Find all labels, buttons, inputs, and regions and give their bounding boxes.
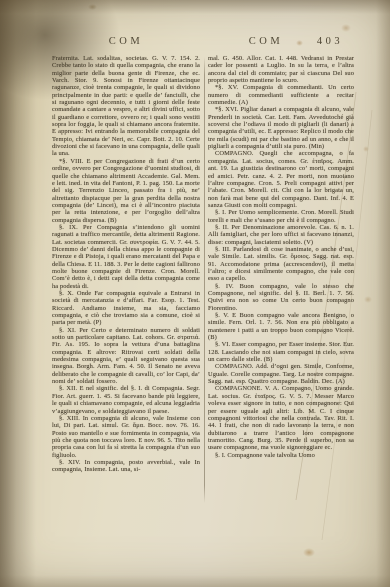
paragraph: COMPAGNO. Add. d’ogni gen. Simile, Confo… — [208, 363, 354, 385]
paragraph: §. XII. E nel signific. del §. I. di Com… — [52, 385, 200, 414]
paragraph: §. XI. Per Certo e determinato numero di… — [52, 327, 200, 386]
paragraph: *§. XVI. Pigliar danari a compagnia di a… — [208, 106, 354, 150]
paragraph: *§. VIII. E per Congregazione di frati d… — [52, 158, 200, 224]
paragraph: COMPAGNONE. V. A. Compagno, Uomo grande.… — [208, 385, 354, 451]
foxing-spot — [341, 24, 351, 32]
paragraph: COMPAGNO. Quegli che accompagna, o fa co… — [208, 150, 354, 209]
foxing-spot — [363, 146, 369, 152]
running-title-left: COM — [96, 36, 156, 47]
left-column: Fraternita. Lat. sodalitas, societas. G.… — [52, 55, 200, 509]
paragraph: §. XIII. In compagnia di alcuno, vale In… — [52, 415, 200, 459]
page-number: 403 — [308, 36, 352, 47]
running-head: COM COM 403 — [0, 36, 390, 50]
paragraph: Fraternita. Lat. sodalitas, societas. G.… — [52, 55, 200, 158]
foxing-spot — [88, 4, 97, 10]
paragraph: §. V. E Buon compagno vale ancora Benign… — [208, 312, 354, 341]
paragraph: §. I. Compagnone vale talvolta Uomo — [208, 452, 354, 459]
right-edge-shadow — [376, 0, 390, 587]
top-edge-shadow — [0, 0, 390, 14]
paragraph: §. XIV. In compagnia, posto avverbial., … — [52, 459, 200, 474]
paragraph: §. IV. Buon compagno, vale lo stesso che… — [208, 283, 354, 312]
paragraph: *§. XV. Compagnia di commedianti. Un cer… — [208, 84, 354, 106]
paragraph: §. II. Per Denominazione amorevole. Cas.… — [208, 224, 354, 246]
foxing-spot — [303, 548, 315, 557]
paragraph: §. X. Onde Far compagnia equivale a Entr… — [52, 290, 200, 327]
gutter-shadow — [0, 0, 36, 587]
paragraph: §. III. Parlandosi di cose inanimate, o … — [208, 246, 354, 283]
paragraph: mal. G. 450. Allor. Cat. I. 448. Vedrans… — [208, 55, 354, 84]
book-page-scan: COM COM 403 Fraternita. Lat. sodalitas, … — [0, 0, 390, 587]
column-rule — [204, 57, 205, 503]
right-column: mal. G. 450. Allor. Cat. I. 448. Vedrans… — [208, 55, 354, 509]
running-title-right: COM — [236, 36, 296, 47]
foxing-spot — [364, 296, 372, 303]
bottom-edge-shadow — [0, 575, 390, 587]
paragraph: §. I. Per Uomo semplicemente. Cron. More… — [208, 209, 354, 224]
paragraph: §. IX. Per Compagnia s’intendono gli uom… — [52, 224, 200, 290]
text-block: Fraternita. Lat. sodalitas, societas. G.… — [52, 55, 355, 509]
paragraph: §. VI. Esser compagno, per Esser insieme… — [208, 341, 354, 363]
